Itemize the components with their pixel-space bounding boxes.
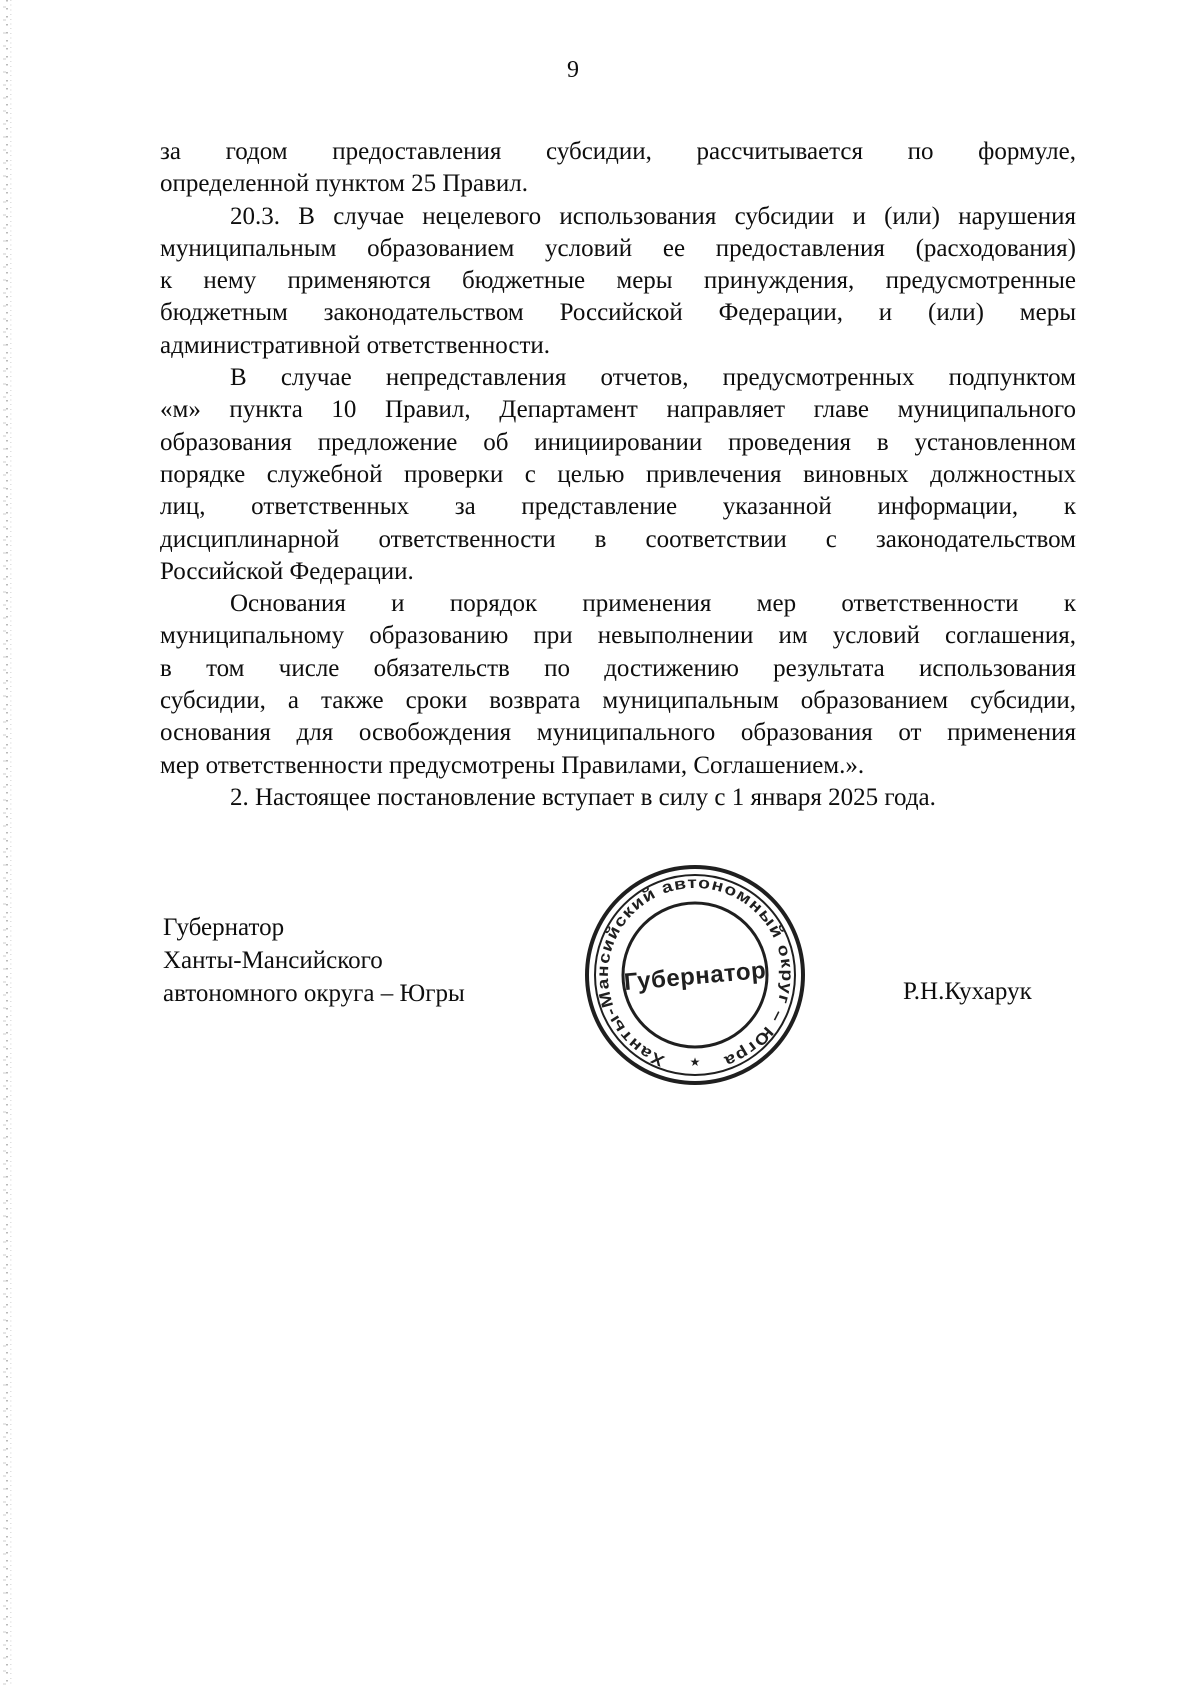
- body-text-line: порядке служебной проверки с целью привл…: [160, 459, 1076, 491]
- stamp-center-text: Губернатор: [623, 957, 767, 996]
- body-text-line: за годом предоставления субсидии, рассчи…: [160, 136, 1076, 168]
- signatory-title: ГубернаторХанты-Мансийскогоавтономного о…: [163, 912, 465, 1010]
- body-text-line: 20.3. В случае нецелевого использования …: [160, 201, 1076, 233]
- body-text-line: 2. Настоящее постановление вступает в си…: [160, 782, 1076, 814]
- body-text-line: мер ответственности предусмотрены Правил…: [160, 750, 1076, 782]
- body-text-line: дисциплинарной ответственности в соответ…: [160, 524, 1076, 556]
- page-number: 9: [0, 57, 1173, 84]
- body-text-line: бюджетным законодательством Российской Ф…: [160, 297, 1076, 329]
- body-text-line: субсидии, а также сроки возврата муницип…: [160, 685, 1076, 717]
- signatory-title-line: Ханты-Мансийского: [163, 945, 465, 978]
- body-text-line: основания для освобождения муниципальног…: [160, 717, 1076, 749]
- document-body: за годом предоставления субсидии, рассчи…: [160, 136, 1076, 814]
- seal-icon: Ханты-Мансийский автономный округ – Югра…: [578, 858, 812, 1092]
- stamp-star-icon: ★: [690, 1055, 701, 1069]
- body-text-line: Основания и порядок применения мер ответ…: [160, 588, 1076, 620]
- document-page: 9 за годом предоставления субсидии, расс…: [0, 0, 1200, 1686]
- body-text-line: образования предложение об инициировании…: [160, 427, 1076, 459]
- governor-seal-stamp: Ханты-Мансийский автономный округ – Югра…: [578, 858, 812, 1092]
- body-text-line: «м» пункта 10 Правил, Департамент направ…: [160, 394, 1076, 426]
- signatory-title-line: автономного округа – Югры: [163, 978, 465, 1011]
- body-text-line: определенной пунктом 25 Правил.: [160, 168, 1076, 200]
- signatory-name: Р.Н.Кухарук: [903, 978, 1032, 1006]
- scan-noise-left-edge: [3, 0, 15, 1686]
- body-text-line: к нему применяются бюджетные меры принуж…: [160, 265, 1076, 297]
- body-text-line: в том числе обязательств по достижению р…: [160, 653, 1076, 685]
- body-text-line: Российской Федерации.: [160, 556, 1076, 588]
- body-text-line: муниципальным образованием условий ее пр…: [160, 233, 1076, 265]
- body-text-line: административной ответственности.: [160, 330, 1076, 362]
- body-text-line: В случае непредставления отчетов, предус…: [160, 362, 1076, 394]
- body-text-line: муниципальному образованию при невыполне…: [160, 620, 1076, 652]
- signatory-title-line: Губернатор: [163, 912, 465, 945]
- body-text-line: лиц, ответственных за представление указ…: [160, 491, 1076, 523]
